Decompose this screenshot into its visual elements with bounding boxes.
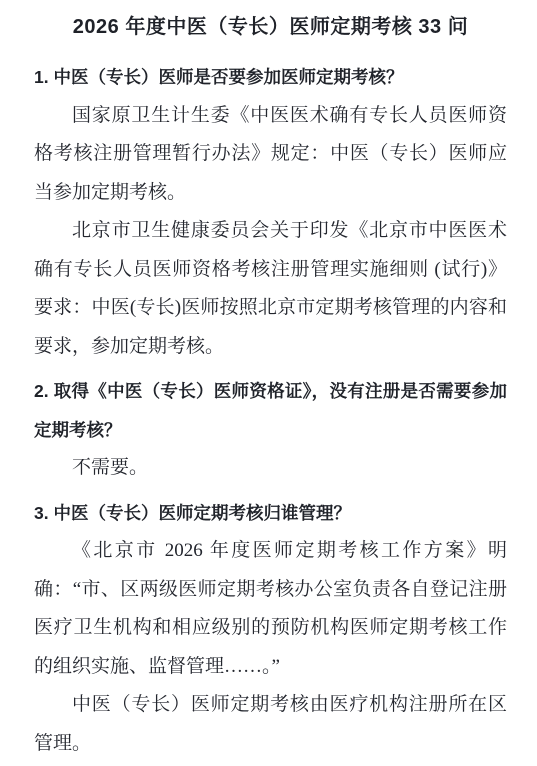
document-title: 2026 年度中医（专长）医师定期考核 33 问 [34, 12, 507, 42]
qa-section-1: 1. 中医（专长）医师是否要参加医师定期考核？ 国家原卫生计生委《中医医术确有专… [34, 58, 507, 366]
answer-paragraph: 不需要。 [34, 449, 507, 488]
question-2-heading: 2. 取得《中医（专长）医师资格证》，没有注册是否需要参加定期考核？ [34, 372, 507, 449]
qa-section-3: 3. 中医（专长）医师定期考核归谁管理？ 《北京市 2026 年度医师定期考核工… [34, 494, 507, 764]
question-1-heading: 1. 中医（专长）医师是否要参加医师定期考核？ [34, 58, 507, 97]
answer-paragraph: 中医（专长）医师定期考核由医疗机构注册所在区管理。 [34, 686, 507, 763]
question-3-heading: 3. 中医（专长）医师定期考核归谁管理？ [34, 494, 507, 533]
answer-paragraph: 北京市卫生健康委员会关于印发《北京市中医医术确有专长人员医师资格考核注册管理实施… [34, 212, 507, 366]
answer-paragraph: 《北京市 2026 年度医师定期考核工作方案》明确：“市、区两级医师定期考核办公… [34, 532, 507, 686]
answer-paragraph: 国家原卫生计生委《中医医术确有专长人员医师资格考核注册管理暂行办法》规定：中医（… [34, 97, 507, 213]
qa-section-2: 2. 取得《中医（专长）医师资格证》，没有注册是否需要参加定期考核？ 不需要。 [34, 372, 507, 488]
document-page: 2026 年度中医（专长）医师定期考核 33 问 1. 中医（专长）医师是否要参… [0, 0, 537, 766]
